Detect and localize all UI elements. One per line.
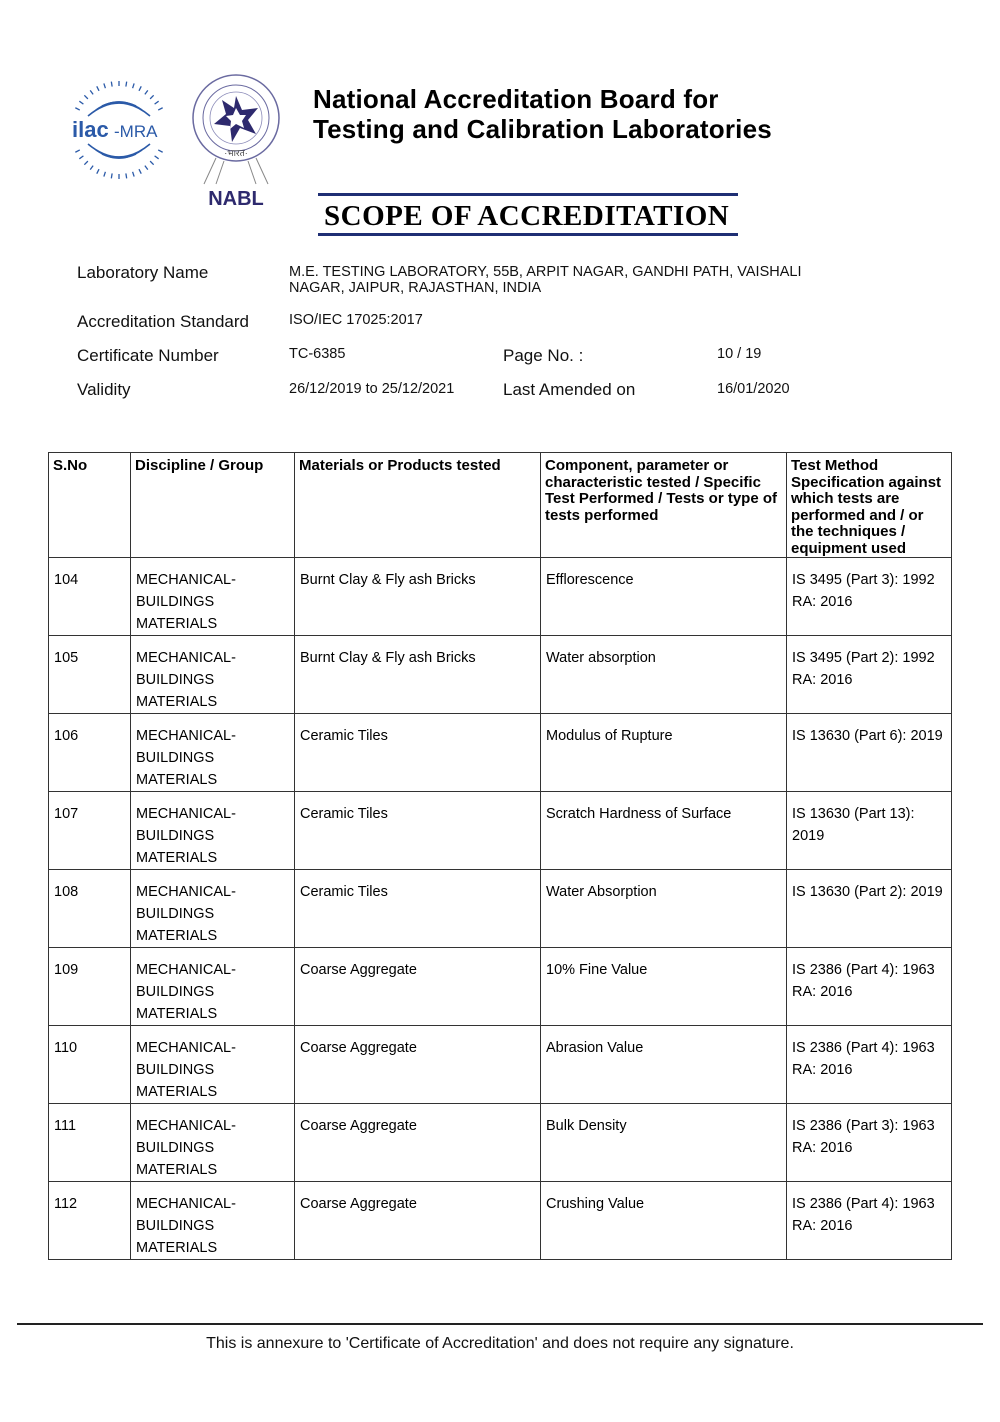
header-test-method: Test Method Specification against which … [787,453,952,558]
document-title: SCOPE OF ACCREDITATION [324,200,729,233]
cell-discipline-line: MATERIALS [136,1159,289,1181]
cell-discipline: MECHANICAL-BUILDINGSMATERIALS [131,1026,295,1104]
cell-component: 10% Fine Value [541,948,787,1026]
cell-component: Water absorption [541,636,787,714]
cell-component: Modulus of Rupture [541,714,787,792]
cell-sno: 107 [49,792,131,870]
cell-test-method-line: IS 2386 (Part 3): 1963 [792,1115,946,1137]
cell-test-method-line: RA: 2016 [792,669,946,691]
cell-test-method-line: IS 3495 (Part 2): 1992 [792,647,946,669]
cell-component: Abrasion Value [541,1026,787,1104]
header-component: Component, parameter or characteristic t… [541,453,787,558]
cell-material: Coarse Aggregate [295,948,541,1026]
svg-text:·भारत·: ·भारत· [224,148,247,158]
cell-sno: 106 [49,714,131,792]
table-row: 109MECHANICAL-BUILDINGSMATERIALSCoarse A… [49,948,952,1026]
cell-test-method: IS 13630 (Part 13):2019 [787,792,952,870]
cell-discipline-line: MECHANICAL- [136,569,289,591]
cell-discipline-line: BUILDINGS [136,1215,289,1237]
organization-title-line1: National Accreditation Board for [313,84,772,114]
last-amended-value: 16/01/2020 [717,381,790,397]
cell-test-method-line: IS 13630 (Part 13): [792,803,946,825]
cell-test-method-line: RA: 2016 [792,591,946,613]
header-sno: S.No [49,453,131,558]
laboratory-name-line2: NAGAR, JAIPUR, RAJASTHAN, INDIA [289,280,801,296]
cell-test-method-line: IS 13630 (Part 2): 2019 [792,881,946,903]
cell-test-method: IS 2386 (Part 4): 1963RA: 2016 [787,948,952,1026]
cell-test-method-line: 2019 [792,825,946,847]
table-row: 112MECHANICAL-BUILDINGSMATERIALSCoarse A… [49,1182,952,1260]
cell-sno: 108 [49,870,131,948]
table-body: 104MECHANICAL-BUILDINGSMATERIALSBurnt Cl… [49,558,952,1260]
cell-discipline: MECHANICAL-BUILDINGSMATERIALS [131,1182,295,1260]
cell-test-method-line: IS 2386 (Part 4): 1963 [792,1037,946,1059]
cell-discipline-line: MECHANICAL- [136,803,289,825]
table-header-row: S.No Discipline / Group Materials or Pro… [49,453,952,558]
cell-test-method: IS 3495 (Part 2): 1992RA: 2016 [787,636,952,714]
cell-discipline-line: MATERIALS [136,769,289,791]
table-row: 104MECHANICAL-BUILDINGSMATERIALSBurnt Cl… [49,558,952,636]
svg-text:ilac: ilac [72,117,109,142]
organization-title: National Accreditation Board for Testing… [313,84,772,144]
cell-material: Coarse Aggregate [295,1182,541,1260]
cell-discipline-line: MATERIALS [136,925,289,947]
table-row: 105MECHANICAL-BUILDINGSMATERIALSBurnt Cl… [49,636,952,714]
cell-component: Scratch Hardness of Surface [541,792,787,870]
cell-test-method-line: RA: 2016 [792,981,946,1003]
cell-test-method-line: IS 2386 (Part 4): 1963 [792,1193,946,1215]
table-row: 110MECHANICAL-BUILDINGSMATERIALSCoarse A… [49,1026,952,1104]
cell-discipline-line: BUILDINGS [136,903,289,925]
cell-discipline-line: BUILDINGS [136,1059,289,1081]
cell-discipline: MECHANICAL-BUILDINGSMATERIALS [131,1104,295,1182]
scope-table: S.No Discipline / Group Materials or Pro… [48,452,952,1260]
cell-component: Water Absorption [541,870,787,948]
cell-material: Burnt Clay & Fly ash Bricks [295,558,541,636]
cell-discipline: MECHANICAL-BUILDINGSMATERIALS [131,870,295,948]
cell-sno: 112 [49,1182,131,1260]
cell-discipline-line: MATERIALS [136,613,289,635]
certificate-number-value: TC-6385 [289,346,345,362]
cell-discipline-line: MECHANICAL- [136,647,289,669]
cell-test-method-line: IS 13630 (Part 6): 2019 [792,725,946,747]
cell-sno: 110 [49,1026,131,1104]
laboratory-name-line1: M.E. TESTING LABORATORY, 55B, ARPIT NAGA… [289,264,801,280]
footer-rule [17,1323,983,1325]
cell-test-method: IS 13630 (Part 2): 2019 [787,870,952,948]
cell-discipline-line: MATERIALS [136,1003,289,1025]
cell-test-method-line: RA: 2016 [792,1059,946,1081]
cell-test-method-line: IS 3495 (Part 3): 1992 [792,569,946,591]
cell-component: Efflorescence [541,558,787,636]
cell-material: Ceramic Tiles [295,714,541,792]
page-no-value: 10 / 19 [717,346,761,362]
cell-discipline-line: MATERIALS [136,691,289,713]
cell-discipline-line: MECHANICAL- [136,1037,289,1059]
cell-discipline: MECHANICAL-BUILDINGSMATERIALS [131,792,295,870]
cell-sno: 111 [49,1104,131,1182]
cell-material: Ceramic Tiles [295,870,541,948]
svg-text:-MRA: -MRA [114,122,158,141]
accreditation-standard-label: Accreditation Standard [77,312,249,332]
cell-material: Ceramic Tiles [295,792,541,870]
ilac-mra-logo-icon: ilac -MRA [66,80,172,180]
page-no-label: Page No. : [503,346,583,366]
cell-discipline-line: BUILDINGS [136,669,289,691]
cell-test-method: IS 3495 (Part 3): 1992RA: 2016 [787,558,952,636]
cell-material: Coarse Aggregate [295,1104,541,1182]
title-rule-top [318,193,738,196]
cell-test-method-line: RA: 2016 [792,1215,946,1237]
table-row: 106MECHANICAL-BUILDINGSMATERIALSCeramic … [49,714,952,792]
cell-test-method: IS 2386 (Part 3): 1963RA: 2016 [787,1104,952,1182]
table-row: 108MECHANICAL-BUILDINGSMATERIALSCeramic … [49,870,952,948]
cell-test-method: IS 2386 (Part 4): 1963RA: 2016 [787,1182,952,1260]
cell-material: Burnt Clay & Fly ash Bricks [295,636,541,714]
document-title-block: SCOPE OF ACCREDITATION [318,193,738,237]
cell-sno: 104 [49,558,131,636]
header-materials: Materials or Products tested [295,453,541,558]
cell-discipline-line: BUILDINGS [136,825,289,847]
cell-component: Bulk Density [541,1104,787,1182]
cell-discipline-line: BUILDINGS [136,747,289,769]
cell-sno: 105 [49,636,131,714]
table-row: 107MECHANICAL-BUILDINGSMATERIALSCeramic … [49,792,952,870]
title-rule-bottom [318,233,738,236]
accreditation-standard-value: ISO/IEC 17025:2017 [289,312,423,328]
validity-label: Validity [77,380,131,400]
cell-sno: 109 [49,948,131,1026]
cell-test-method-line: RA: 2016 [792,1137,946,1159]
laboratory-name-value: M.E. TESTING LABORATORY, 55B, ARPIT NAGA… [289,264,801,296]
last-amended-label: Last Amended on [503,380,635,400]
laboratory-name-label: Laboratory Name [77,263,208,283]
nabl-star-logo-icon: ·भारत· NABL [186,72,286,210]
table-row: 111MECHANICAL-BUILDINGSMATERIALSCoarse A… [49,1104,952,1182]
cell-discipline: MECHANICAL-BUILDINGSMATERIALS [131,948,295,1026]
cell-discipline-line: BUILDINGS [136,1137,289,1159]
cell-test-method-line: IS 2386 (Part 4): 1963 [792,959,946,981]
cell-discipline-line: MECHANICAL- [136,1115,289,1137]
cell-discipline: MECHANICAL-BUILDINGSMATERIALS [131,714,295,792]
cell-discipline-line: MECHANICAL- [136,725,289,747]
cell-discipline-line: MATERIALS [136,1237,289,1259]
cell-discipline-line: MECHANICAL- [136,1193,289,1215]
cell-discipline-line: MECHANICAL- [136,881,289,903]
cell-discipline-line: MECHANICAL- [136,959,289,981]
cell-discipline-line: MATERIALS [136,1081,289,1103]
cell-discipline-line: BUILDINGS [136,981,289,1003]
header-discipline: Discipline / Group [131,453,295,558]
validity-value: 26/12/2019 to 25/12/2021 [289,381,454,397]
cell-discipline: MECHANICAL-BUILDINGSMATERIALS [131,636,295,714]
certificate-number-label: Certificate Number [77,346,219,366]
cell-test-method: IS 2386 (Part 4): 1963RA: 2016 [787,1026,952,1104]
cell-discipline-line: MATERIALS [136,847,289,869]
organization-title-line2: Testing and Calibration Laboratories [313,114,772,144]
cell-component: Crushing Value [541,1182,787,1260]
cell-discipline: MECHANICAL-BUILDINGSMATERIALS [131,558,295,636]
footer-note: This is annexure to 'Certificate of Accr… [0,1335,1000,1353]
svg-text:NABL: NABL [208,188,264,210]
cell-test-method: IS 13630 (Part 6): 2019 [787,714,952,792]
cell-material: Coarse Aggregate [295,1026,541,1104]
cell-discipline-line: BUILDINGS [136,591,289,613]
